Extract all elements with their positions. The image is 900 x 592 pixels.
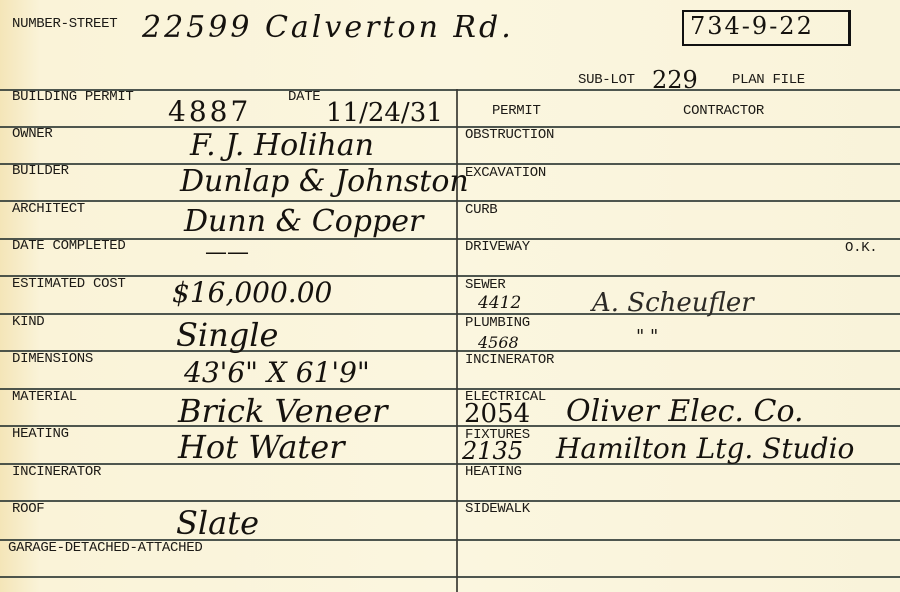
building-permit-label: BUILDING PERMIT <box>12 89 134 105</box>
building-permit-value: 4887 <box>168 95 251 128</box>
dimensions-value: 43'6" X 61'9" <box>184 356 370 389</box>
sewer-permit-number: 4412 <box>478 293 521 313</box>
builder-value: Dunlap & Johnston <box>180 164 469 199</box>
electrical-permit-number: 2054 <box>464 399 530 429</box>
date-label: DATE <box>288 89 320 105</box>
driveway-label: DRIVEWAY <box>465 239 530 255</box>
estimated-cost-label: ESTIMATED COST <box>12 276 125 292</box>
dimensions-label: DIMENSIONS <box>12 351 93 367</box>
rule-line <box>0 238 900 240</box>
rule-line <box>0 126 900 128</box>
plan-file-label: PLAN FILE <box>732 72 805 88</box>
plumbing-label: PLUMBING <box>465 315 530 331</box>
builder-label: BUILDER <box>12 163 69 179</box>
garage-label: GARAGE-DETACHED-ATTACHED <box>8 540 202 556</box>
rule-line <box>0 200 900 202</box>
date-completed-label: DATE COMPLETED <box>12 238 125 254</box>
number-street-value: 22599 Calverton Rd. <box>142 10 514 45</box>
rule-line <box>0 500 900 502</box>
rule-line <box>0 388 900 390</box>
permit-header: PERMIT <box>492 103 541 119</box>
heating-permit-label: HEATING <box>465 464 522 480</box>
kind-label: KIND <box>12 314 44 330</box>
roof-value: Slate <box>176 504 259 542</box>
file-number: 734-9-22 <box>690 12 814 40</box>
plumbing-permit-number: 4568 <box>478 333 519 352</box>
rule-line <box>0 313 900 315</box>
material-label: MATERIAL <box>12 389 77 405</box>
driveway-contractor: O.K. <box>845 240 877 256</box>
curb-label: CURB <box>465 202 497 218</box>
rule-line <box>0 350 900 352</box>
rule-line <box>0 576 900 578</box>
rule-line <box>0 275 900 277</box>
sewer-contractor: A. Scheufler <box>592 288 754 318</box>
incinerator-label: INCINERATOR <box>12 464 101 480</box>
heating-label: HEATING <box>12 426 69 442</box>
material-value: Brick Veneer <box>178 392 387 430</box>
owner-label: OWNER <box>12 126 53 142</box>
sub-lot-value: 229 <box>652 66 698 94</box>
roof-label: ROOF <box>12 501 44 517</box>
date-value: 11/24/31 <box>326 98 443 128</box>
fixtures-permit-number: 2135 <box>462 437 523 465</box>
sidewalk-label: SIDEWALK <box>465 501 530 517</box>
date-completed-value: —— <box>205 240 249 265</box>
number-street-label: NUMBER-STREET <box>12 16 117 32</box>
obstruction-label: OBSTRUCTION <box>465 127 554 143</box>
building-permit-card: NUMBER-STREET 22599 Calverton Rd. 734-9-… <box>0 0 900 592</box>
heating-value: Hot Water <box>178 428 344 466</box>
owner-value: F. J. Holihan <box>190 128 374 163</box>
rule-line <box>0 89 900 91</box>
fixtures-contractor: Hamilton Ltg. Studio <box>556 432 854 465</box>
sub-lot-label: SUB-LOT <box>578 72 635 88</box>
estimated-cost-value: $16,000.00 <box>172 276 332 309</box>
architect-value: Dunn & Copper <box>184 204 423 239</box>
kind-value: Single <box>176 316 278 354</box>
architect-label: ARCHITECT <box>12 201 85 217</box>
plumbing-contractor: " " <box>636 326 658 347</box>
sewer-label: SEWER <box>465 277 506 293</box>
excavation-label: EXCAVATION <box>465 165 546 181</box>
incinerator-permit-label: INCINERATOR <box>465 352 554 368</box>
electrical-contractor: Oliver Elec. Co. <box>566 394 804 429</box>
contractor-header: CONTRACTOR <box>683 103 764 119</box>
